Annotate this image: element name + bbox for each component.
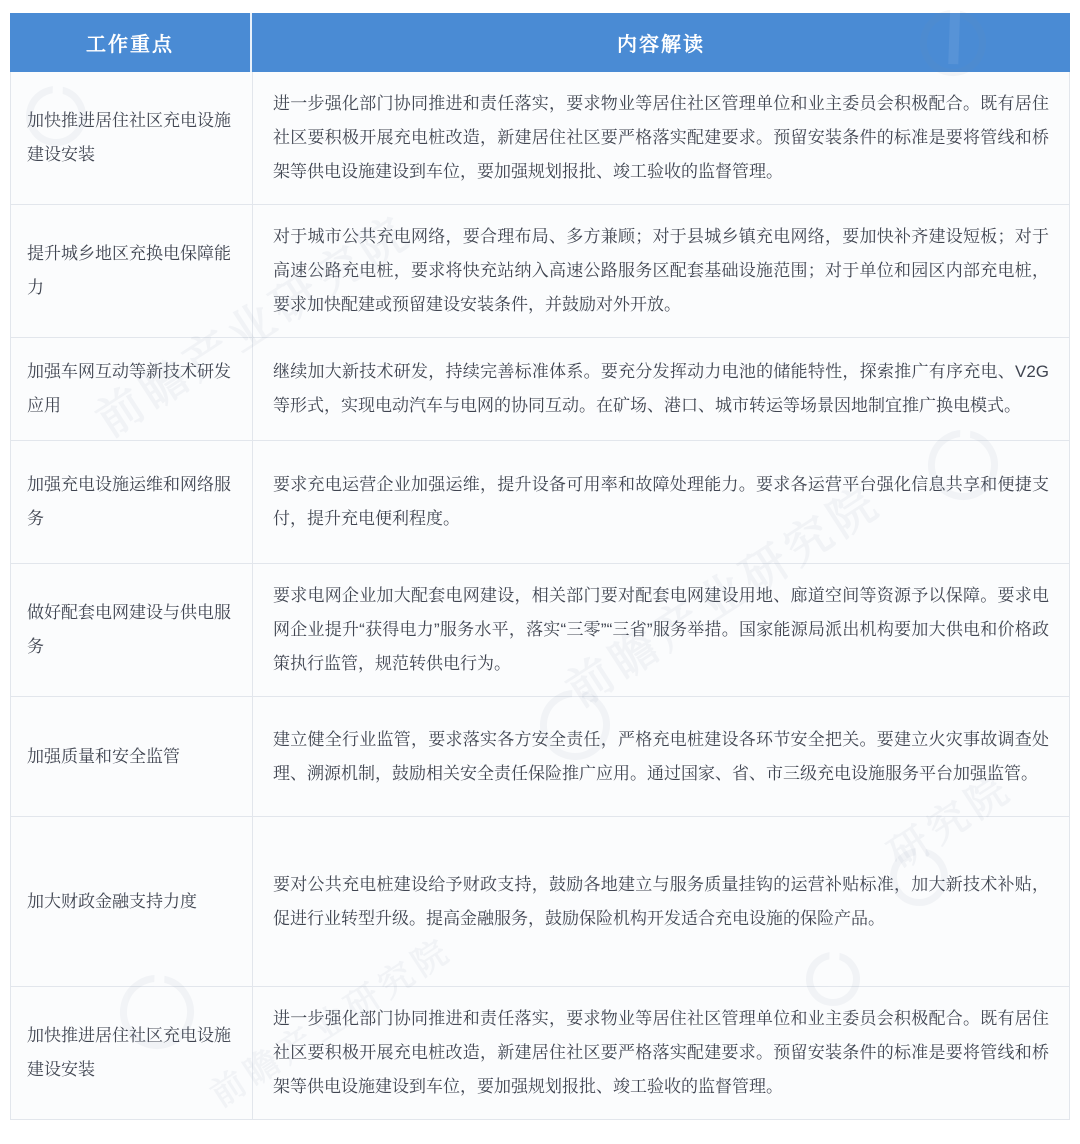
table-row: 加快推进居住社区充电设施建设安装 进一步强化部门协同推进和责任落实，要求物业等居… — [10, 72, 1070, 205]
work-focus-text: 加大财政金融支持力度 — [27, 885, 197, 919]
work-focus-cell: 加快推进居住社区充电设施建设安装 — [11, 72, 253, 204]
work-focus-text: 加强充电设施运维和网络服务 — [27, 468, 236, 536]
header-work-focus: 工作重点 — [10, 13, 252, 72]
table-row: 加强车网互动等新技术研发应用 继续加大新技术研发，持续完善标准体系。要充分发挥动… — [10, 338, 1070, 441]
work-focus-text: 做好配套电网建设与供电服务 — [27, 596, 236, 664]
work-focus-cell: 加强车网互动等新技术研发应用 — [11, 338, 253, 440]
table-row: 加强质量和安全监管 建立健全行业监管，要求落实各方安全责任，严格充电桩建设各环节… — [10, 697, 1070, 817]
content-cell: 继续加大新技术研发，持续完善标准体系。要充分发挥动力电池的储能特性，探索推广有序… — [253, 338, 1069, 440]
work-focus-cell: 做好配套电网建设与供电服务 — [11, 564, 253, 696]
table-row: 提升城乡地区充换电保障能力 对于城市公共充电网络，要合理布局、多方兼顾；对于县城… — [10, 205, 1070, 338]
table-row: 加大财政金融支持力度 要对公共充电桩建设给予财政支持，鼓励各地建立与服务质量挂钩… — [10, 817, 1070, 987]
header-content-interpretation: 内容解读 — [252, 13, 1070, 72]
work-focus-text: 加强质量和安全监管 — [27, 740, 180, 774]
content-cell: 建立健全行业监管，要求落实各方安全责任，严格充电桩建设各环节安全把关。要建立火灾… — [253, 697, 1069, 816]
work-focus-cell: 加快推进居住社区充电设施建设安装 — [11, 987, 253, 1119]
content-text: 进一步强化部门协同推进和责任落实，要求物业等居住社区管理单位和业主委员会积极配合… — [273, 1002, 1049, 1104]
content-text: 继续加大新技术研发，持续完善标准体系。要充分发挥动力电池的储能特性，探索推广有序… — [273, 355, 1049, 423]
content-text: 建立健全行业监管，要求落实各方安全责任，严格充电桩建设各环节安全把关。要建立火灾… — [273, 723, 1049, 791]
table-row: 加快推进居住社区充电设施建设安装 进一步强化部门协同推进和责任落实，要求物业等居… — [10, 987, 1070, 1120]
content-cell: 进一步强化部门协同推进和责任落实，要求物业等居住社区管理单位和业主委员会积极配合… — [253, 987, 1069, 1119]
work-focus-cell: 加大财政金融支持力度 — [11, 817, 253, 986]
work-focus-cell: 加强质量和安全监管 — [11, 697, 253, 816]
work-focus-cell: 加强充电设施运维和网络服务 — [11, 441, 253, 563]
content-text: 要求充电运营企业加强运维，提升设备可用率和故障处理能力。要求各运营平台强化信息共… — [273, 468, 1049, 536]
table-row: 做好配套电网建设与供电服务 要求电网企业加大配套电网建设，相关部门要对配套电网建… — [10, 564, 1070, 697]
content-text: 要求电网企业加大配套电网建设，相关部门要对配套电网建设用地、廊道空间等资源予以保… — [273, 579, 1049, 681]
work-focus-text: 加快推进居住社区充电设施建设安装 — [27, 104, 236, 172]
content-cell: 进一步强化部门协同推进和责任落实，要求物业等居住社区管理单位和业主委员会积极配合… — [253, 72, 1069, 204]
table-header-row: 工作重点 内容解读 — [10, 13, 1070, 72]
table-row: 加强充电设施运维和网络服务 要求充电运营企业加强运维，提升设备可用率和故障处理能… — [10, 441, 1070, 564]
work-focus-text: 加强车网互动等新技术研发应用 — [27, 355, 236, 423]
work-focus-cell: 提升城乡地区充换电保障能力 — [11, 205, 253, 337]
content-cell: 要对公共充电桩建设给予财政支持，鼓励各地建立与服务质量挂钩的运营补贴标准，加大新… — [253, 817, 1069, 986]
work-focus-text: 加快推进居住社区充电设施建设安装 — [27, 1019, 236, 1087]
policy-table: 工作重点 内容解读 加快推进居住社区充电设施建设安装 进一步强化部门协同推进和责… — [10, 13, 1070, 1120]
content-cell: 要求充电运营企业加强运维，提升设备可用率和故障处理能力。要求各运营平台强化信息共… — [253, 441, 1069, 563]
content-text: 对于城市公共充电网络，要合理布局、多方兼顾；对于县城乡镇充电网络，要加快补齐建设… — [273, 220, 1049, 322]
content-cell: 对于城市公共充电网络，要合理布局、多方兼顾；对于县城乡镇充电网络，要加快补齐建设… — [253, 205, 1069, 337]
content-text: 要对公共充电桩建设给予财政支持，鼓励各地建立与服务质量挂钩的运营补贴标准，加大新… — [273, 868, 1049, 936]
content-cell: 要求电网企业加大配套电网建设，相关部门要对配套电网建设用地、廊道空间等资源予以保… — [253, 564, 1069, 696]
content-text: 进一步强化部门协同推进和责任落实，要求物业等居住社区管理单位和业主委员会积极配合… — [273, 87, 1049, 189]
work-focus-text: 提升城乡地区充换电保障能力 — [27, 237, 236, 305]
